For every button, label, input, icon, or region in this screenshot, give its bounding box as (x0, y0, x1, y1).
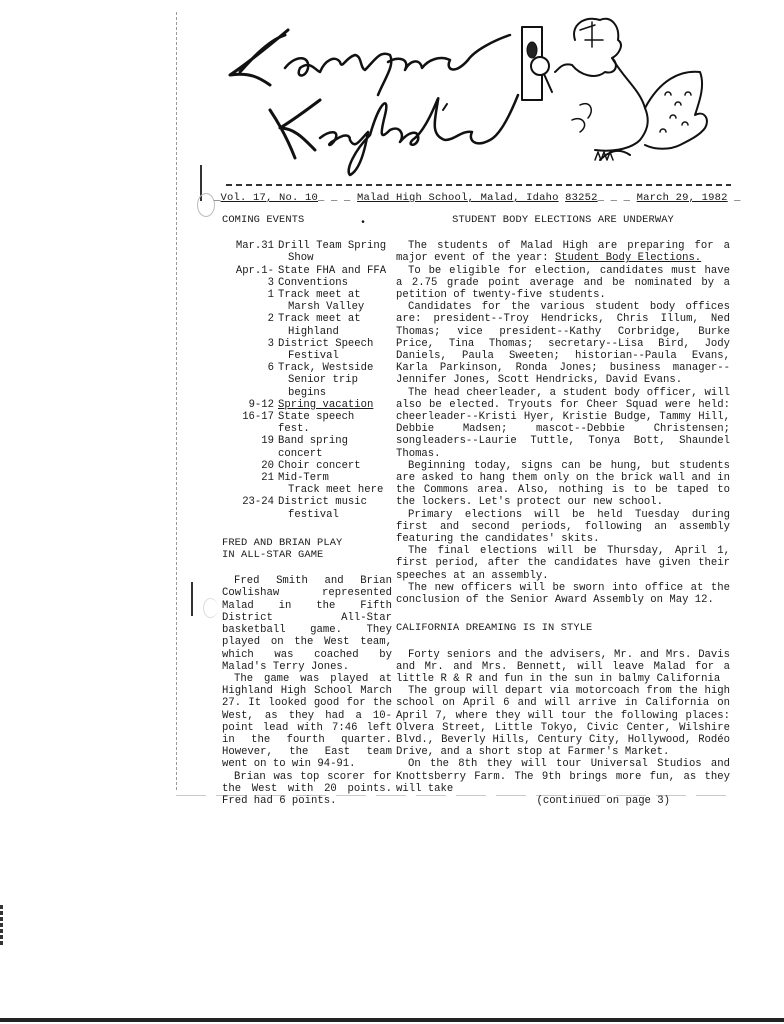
event-item: Apr.1-State FHA and FFA (222, 265, 392, 277)
event-text: State speech fest. (278, 411, 392, 435)
event-text: Track meet at (278, 313, 392, 325)
event-item: 19Band spring concert (222, 435, 392, 459)
hole-punch-mark (197, 193, 215, 217)
event-date: 20 (222, 460, 278, 472)
event-text: festival (278, 509, 392, 521)
event-date: Mar.31 (222, 240, 278, 252)
paragraph: Candidates for the various student body … (396, 301, 730, 386)
coming-events-heading: COMING EVENTS (222, 214, 392, 226)
hole-punch-mark (203, 598, 218, 618)
paragraph: The game was played at Highland High Sch… (222, 673, 392, 771)
event-date (222, 484, 278, 496)
paragraph: Beginning today, signs can be hung, but … (396, 460, 730, 509)
continued-note: (continued on page 3) (396, 795, 730, 807)
event-date: 23-24 (222, 496, 278, 508)
elections-story-heading: STUDENT BODY ELECTIONS ARE UNDERWAY (396, 214, 730, 226)
event-text: Band spring concert (278, 435, 392, 459)
event-text: Show (278, 252, 392, 264)
event-date: 1 (222, 289, 278, 301)
coming-events-list: Mar.31Drill Team SpringShowApr.1-State F… (222, 240, 392, 521)
scan-bottom-border (0, 1018, 784, 1022)
right-column: STUDENT BODY ELECTIONS ARE UNDERWAY The … (396, 214, 730, 807)
paragraph: The group will depart via motorcoach fro… (396, 685, 730, 758)
event-text: Mid-Term (278, 472, 392, 484)
event-item: Senior trip begins (222, 374, 392, 398)
california-story-body: Forty seniors and the advisers, Mr. and … (396, 649, 730, 808)
volume-number: Vol. 17, No. 10 (221, 192, 319, 204)
stray-mark: • (360, 218, 366, 229)
event-date: 2 (222, 313, 278, 325)
paragraph: On the 8th they will tour Universal Stud… (396, 758, 730, 795)
event-date (222, 509, 278, 521)
page-edge-shadow (176, 12, 177, 792)
paragraph: The final elections will be Thursday, Ap… (396, 545, 730, 582)
masthead-logo-icon (200, 0, 740, 180)
event-date (222, 252, 278, 264)
margin-pencil-mark (191, 582, 193, 616)
scan-left-edge (0, 905, 3, 945)
event-text: Spring vacation (278, 399, 392, 411)
event-date: 3 (222, 338, 278, 350)
allstar-story-heading: FRED AND BRIAN PLAY IN ALL-STAR GAME (222, 537, 392, 561)
event-item: 23-24District music (222, 496, 392, 508)
masthead (200, 0, 740, 180)
paragraph: Fred Smith and Brian Cowlishaw represent… (222, 575, 392, 673)
paragraph: The new officers will be sworn into offi… (396, 582, 730, 606)
event-item: 21Mid-Term (222, 472, 392, 484)
event-text: Senior trip begins (278, 374, 392, 398)
event-date: 6 (222, 362, 278, 374)
event-text: State FHA and FFA (278, 265, 392, 277)
paragraph: Brian was top scorer for the West with 2… (222, 771, 392, 808)
event-date (222, 374, 278, 398)
event-date (222, 301, 278, 313)
event-text: Festival (278, 350, 392, 362)
paragraph: Primary elections will be held Tuesday d… (396, 509, 730, 546)
event-date: 16-17 (222, 411, 278, 435)
event-text: Track meet here (278, 484, 392, 496)
event-text: Highland (278, 326, 392, 338)
event-text: District Speech (278, 338, 392, 350)
event-item: 6Track, Westside (222, 362, 392, 374)
event-text: Marsh Valley (278, 301, 392, 313)
event-item: 16-17State speech fest. (222, 411, 392, 435)
event-item: 1Track meet at (222, 289, 392, 301)
intro-emphasis: Student Body Elections. (555, 252, 701, 264)
dateline: _Vol. 17, No. 10_ _ _ Malad High School,… (214, 192, 734, 204)
allstar-story-body: Fred Smith and Brian Cowlishaw represent… (222, 575, 392, 807)
paragraph: The students of Malad High are preparing… (396, 240, 730, 264)
event-item: 3Conventions (222, 277, 392, 289)
event-item: 9-12Spring vacation (222, 399, 392, 411)
event-item: festival (222, 509, 392, 521)
paragraph: To be eligible for election, candidates … (396, 265, 730, 302)
issue-date: March 29, 1982 (637, 192, 728, 204)
event-text: Track meet at (278, 289, 392, 301)
event-text: Choir concert (278, 460, 392, 472)
left-column: COMING EVENTS Mar.31Drill Team SpringSho… (222, 214, 392, 807)
event-item: Show (222, 252, 392, 264)
event-date (222, 350, 278, 362)
event-date: 9-12 (222, 399, 278, 411)
event-text: Conventions (278, 277, 392, 289)
event-text: District music (278, 496, 392, 508)
event-item: Track meet here (222, 484, 392, 496)
event-text: Track, Westside (278, 362, 392, 374)
event-date: 3 (222, 277, 278, 289)
zip-code: 83252 (565, 192, 598, 204)
event-date: Apr.1- (222, 265, 278, 277)
allstar-heading-line1: FRED AND BRIAN PLAY (222, 537, 392, 549)
event-item: Marsh Valley (222, 301, 392, 313)
event-item: 2Track meet at (222, 313, 392, 325)
event-date: 21 (222, 472, 278, 484)
elections-story-body: The students of Malad High are preparing… (396, 240, 730, 606)
event-item: Highland (222, 326, 392, 338)
event-date: 19 (222, 435, 278, 459)
event-item: 3District Speech (222, 338, 392, 350)
school-location: Malad High School, Malad, Idaho (357, 192, 559, 204)
paragraph: Forty seniors and the advisers, Mr. and … (396, 649, 730, 686)
event-text: Drill Team Spring (278, 240, 392, 252)
paragraph: The head cheerleader, a student body off… (396, 387, 730, 460)
event-item: Festival (222, 350, 392, 362)
allstar-heading-line2: IN ALL-STAR GAME (222, 549, 392, 561)
event-item: 20Choir concert (222, 460, 392, 472)
event-item: Mar.31Drill Team Spring (222, 240, 392, 252)
masthead-dashed-rule (226, 184, 731, 186)
california-story-heading: CALIFORNIA DREAMING IS IN STYLE (396, 622, 730, 634)
event-date (222, 326, 278, 338)
